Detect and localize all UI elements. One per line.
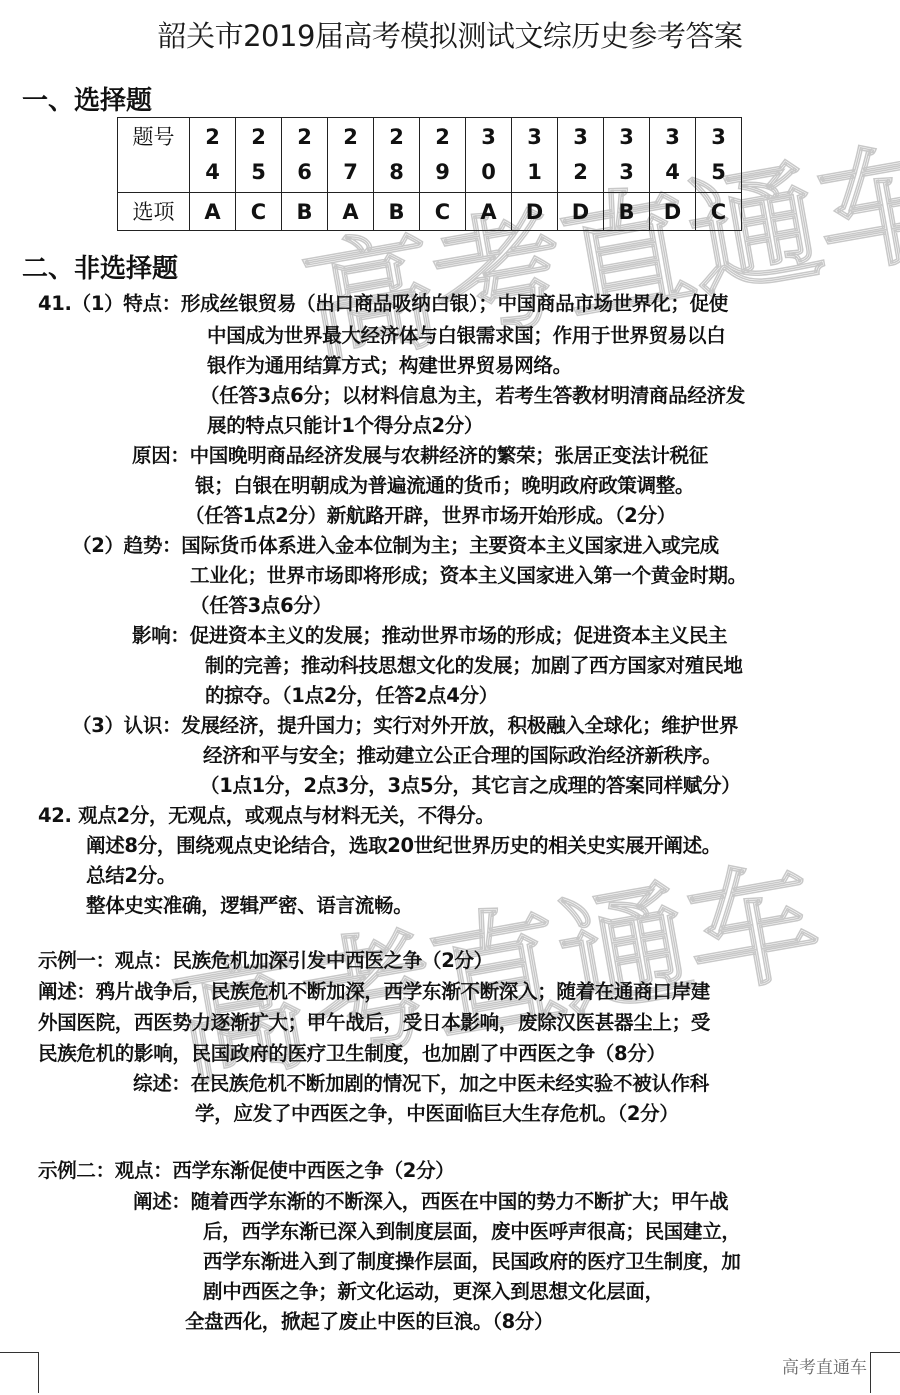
- answer-cell: B: [604, 193, 650, 231]
- q41-line: （任答1点2分）新航路开辟，世界市场开始形成。（2分）: [185, 500, 676, 528]
- example2-line: 后，西学东渐已深入到制度层面，废中医呼声很高；民国建立，: [203, 1216, 741, 1244]
- example1-line: 外国医院，西医势力逐渐扩大；甲午战后，受日本影响，废除汉医甚器尘上；受: [38, 1007, 710, 1035]
- question-number: 28: [374, 118, 420, 193]
- answer-cell: A: [328, 193, 374, 231]
- q42-line: 总结2分。: [86, 860, 176, 888]
- answer-row: 选项 A C B A B C A D D B D C: [118, 193, 742, 231]
- q41-line: 中国成为世界最大经济体与白银需求国；作用于世界贸易以白: [207, 320, 725, 348]
- example1-line: 民族危机的影响，民国政府的医疗卫生制度，也加剧了中西医之争（8分）: [38, 1038, 666, 1066]
- example2-line: 示例二：观点：西学东渐促使中西医之争（2分）: [38, 1155, 454, 1183]
- question-number: 26: [282, 118, 328, 193]
- section-heading-nonchoice: 二、非选择题: [22, 248, 178, 285]
- q41-line: 工业化；世界市场即将形成；资本主义国家进入第一个黄金时期。: [190, 560, 747, 588]
- q42-line: 42. 观点2分，无观点，或观点与材料无关，不得分。: [38, 800, 495, 828]
- example2-line: 剧中西医之争；新文化运动，更深入到思想文化层面，: [203, 1276, 664, 1304]
- section-heading-choice: 一、选择题: [22, 80, 152, 117]
- question-number: 32: [558, 118, 604, 193]
- question-number: 27: [328, 118, 374, 193]
- answer-cell: D: [512, 193, 558, 231]
- corner-mark-left: [0, 1352, 39, 1393]
- q41-line: （任答3点6分）: [190, 590, 332, 618]
- example2-line: 全盘西化，掀起了废止中医的巨浪。（8分）: [185, 1306, 553, 1334]
- q41-line: 的掠夺。（1点2分，任答2点4分）: [205, 680, 498, 708]
- q41-line: 原因：中国晚明商品经济发展与农耕经济的繁荣；张居正变法计税征: [132, 440, 708, 468]
- example2-line: 阐述：随着西学东渐的不断深入，西医在中国的势力不断扩大；甲午战: [133, 1186, 728, 1214]
- answer-cell: D: [558, 193, 604, 231]
- q41-line: （3）认识：发展经济，提升国力；实行对外开放，积极融入全球化；维护世界: [72, 710, 738, 738]
- answer-cell: A: [190, 193, 236, 231]
- question-number: 25: [236, 118, 282, 193]
- q41-line: 银作为通用结算方式；构建世界贸易网络。: [207, 350, 572, 378]
- question-number: 30: [466, 118, 512, 193]
- question-number: 33: [604, 118, 650, 193]
- row-label-option: 选项: [118, 193, 190, 231]
- page-title: 韶关市2019届高考模拟测试文综历史参考答案: [0, 14, 900, 55]
- answer-cell: B: [374, 193, 420, 231]
- q41-line: （2）趋势：国际货币体系进入金本位制为主；主要资本主义国家进入或完成: [72, 530, 719, 558]
- answer-cell: B: [282, 193, 328, 231]
- q41-line: 影响：促进资本主义的发展；推动世界市场的形成；促进资本主义民主: [132, 620, 727, 648]
- q41-line: 经济和平与安全；推动建立公正合理的国际政治经济新秩序。: [203, 740, 721, 768]
- example1-line: 示例一：观点：民族危机加深引发中西医之争（2分）: [38, 945, 493, 973]
- answer-cell: C: [420, 193, 466, 231]
- row-label-number: 题号: [118, 118, 190, 193]
- question-number: 24: [190, 118, 236, 193]
- footer-watermark: 高考直通车: [782, 1353, 867, 1378]
- q41-line: （任答3点6分；以材料信息为主，若考生答教材明清商品经济发: [200, 380, 745, 408]
- answer-cell: D: [650, 193, 696, 231]
- question-number: 35: [696, 118, 742, 193]
- q41-line: 41.（1）特点：形成丝银贸易（出口商品吸纳白银）；中国商品市场世界化；促使: [38, 288, 728, 316]
- question-number-row: 题号 24 25 26 27 28 29 30 31 32 33 34 35: [118, 118, 742, 193]
- q41-line: 银；白银在明朝成为普遍流通的货币；晚明政府政策调整。: [195, 470, 694, 498]
- example1-line: 学，应发了中西医之争，中医面临巨大生存危机。（2分）: [195, 1098, 679, 1126]
- answer-table: 题号 24 25 26 27 28 29 30 31 32 33 34 35 选…: [117, 117, 742, 231]
- q41-line: 展的特点只能计1个得分点2分）: [207, 410, 483, 438]
- corner-mark-right: [870, 1352, 900, 1393]
- answer-cell: C: [696, 193, 742, 231]
- answer-cell: A: [466, 193, 512, 231]
- example2-line: 西学东渐进入到了制度操作层面，民国政府的医疗卫生制度，加: [203, 1246, 741, 1274]
- example1-line: 阐述：鸦片战争后，民族危机不断加深，西学东渐不断深入；随着在通商口岸建: [38, 976, 710, 1004]
- q41-line: 制的完善；推动科技思想文化的发展；加剧了西方国家对殖民地: [205, 650, 743, 678]
- question-number: 34: [650, 118, 696, 193]
- q41-line: （1点1分，2点3分，3点5分，其它言之成理的答案同样赋分）: [200, 770, 740, 798]
- question-number: 31: [512, 118, 558, 193]
- question-number: 29: [420, 118, 466, 193]
- answer-cell: C: [236, 193, 282, 231]
- q42-line: 整体史实准确，逻辑严密、语言流畅。: [86, 890, 412, 918]
- q42-line: 阐述8分，围绕观点史论结合，选取20世纪世界历史的相关史实展开阐述。: [86, 830, 721, 858]
- example1-line: 综述：在民族危机不断加剧的情况下，加之中医未经实验不被认作科: [133, 1068, 709, 1096]
